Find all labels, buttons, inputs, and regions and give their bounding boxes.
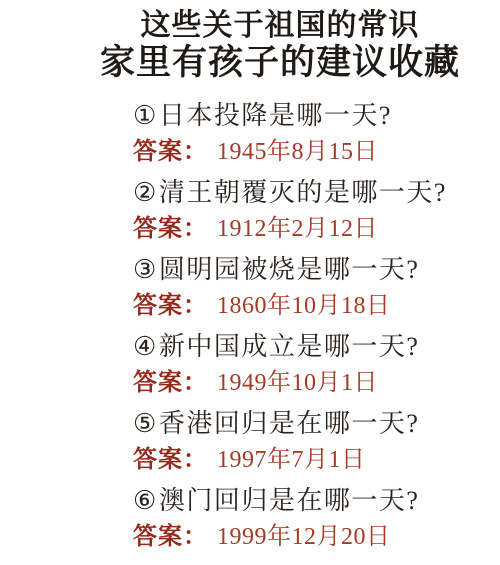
question-number: ④: [133, 332, 158, 361]
title-line-1: 这些关于祖国的常识: [60, 8, 500, 43]
question-text: ⑤香港回归是在哪一天?: [133, 408, 480, 439]
answer-line: 答案：1945年8月15日: [133, 139, 480, 166]
answer-label: 答案：: [133, 524, 208, 550]
answer-value: 1997年7月1日: [217, 447, 366, 473]
answer-line: 答案：1997年7月1日: [133, 447, 480, 474]
question-text: ①日本投降是哪一天?: [133, 100, 480, 131]
qa-item: ①日本投降是哪一天? 答案：1945年8月15日: [133, 100, 480, 166]
question-label: 香港回归是在哪一天?: [159, 409, 420, 438]
answer-value: 1912年2月12日: [217, 216, 378, 242]
page-title: 这些关于祖国的常识 家里有孩子的建议收藏: [60, 8, 500, 82]
qa-item: ⑥澳门回归是在哪一天? 答案：1999年12月20日: [133, 485, 480, 551]
question-number: ⑤: [133, 409, 158, 438]
answer-label: 答案：: [133, 293, 208, 319]
answer-label: 答案：: [133, 216, 208, 242]
qa-item: ②清王朝覆灭的是哪一天? 答案：1912年2月12日: [133, 177, 480, 243]
title-line-2: 家里有孩子的建议收藏: [60, 43, 500, 82]
question-label: 澳门回归是在哪一天?: [159, 486, 420, 515]
question-number: ③: [133, 255, 158, 284]
answer-value: 1860年10月18日: [217, 293, 391, 319]
answer-line: 答案：1860年10月18日: [133, 293, 480, 320]
answer-value: 1945年8月15日: [217, 139, 378, 165]
question-label: 日本投降是哪一天?: [159, 101, 392, 130]
answer-value: 1999年12月20日: [217, 524, 391, 550]
question-number: ②: [133, 178, 158, 207]
answer-line: 答案：1912年2月12日: [133, 216, 480, 243]
qa-item: ⑤香港回归是在哪一天? 答案：1997年7月1日: [133, 408, 480, 474]
question-label: 圆明园被烧是哪一天?: [159, 255, 420, 284]
question-label: 新中国成立是哪一天?: [159, 332, 420, 361]
question-text: ⑥澳门回归是在哪一天?: [133, 485, 480, 516]
answer-label: 答案：: [133, 370, 208, 396]
question-text: ③圆明园被烧是哪一天?: [133, 254, 480, 285]
question-text: ④新中国成立是哪一天?: [133, 331, 480, 362]
answer-line: 答案：1949年10月1日: [133, 370, 480, 397]
answer-label: 答案：: [133, 447, 208, 473]
answer-line: 答案：1999年12月20日: [133, 524, 480, 551]
knowledge-card: 这些关于祖国的常识 家里有孩子的建议收藏 ①日本投降是哪一天? 答案：1945年…: [0, 0, 500, 565]
qa-item: ④新中国成立是哪一天? 答案：1949年10月1日: [133, 331, 480, 397]
question-number: ⑥: [133, 486, 158, 515]
answer-value: 1949年10月1日: [217, 370, 378, 396]
answer-label: 答案：: [133, 139, 208, 165]
qa-item: ③圆明园被烧是哪一天? 答案：1860年10月18日: [133, 254, 480, 320]
question-label: 清王朝覆灭的是哪一天?: [159, 178, 447, 207]
qa-list: ①日本投降是哪一天? 答案：1945年8月15日 ②清王朝覆灭的是哪一天? 答案…: [133, 100, 480, 562]
question-text: ②清王朝覆灭的是哪一天?: [133, 177, 480, 208]
question-number: ①: [133, 101, 158, 130]
